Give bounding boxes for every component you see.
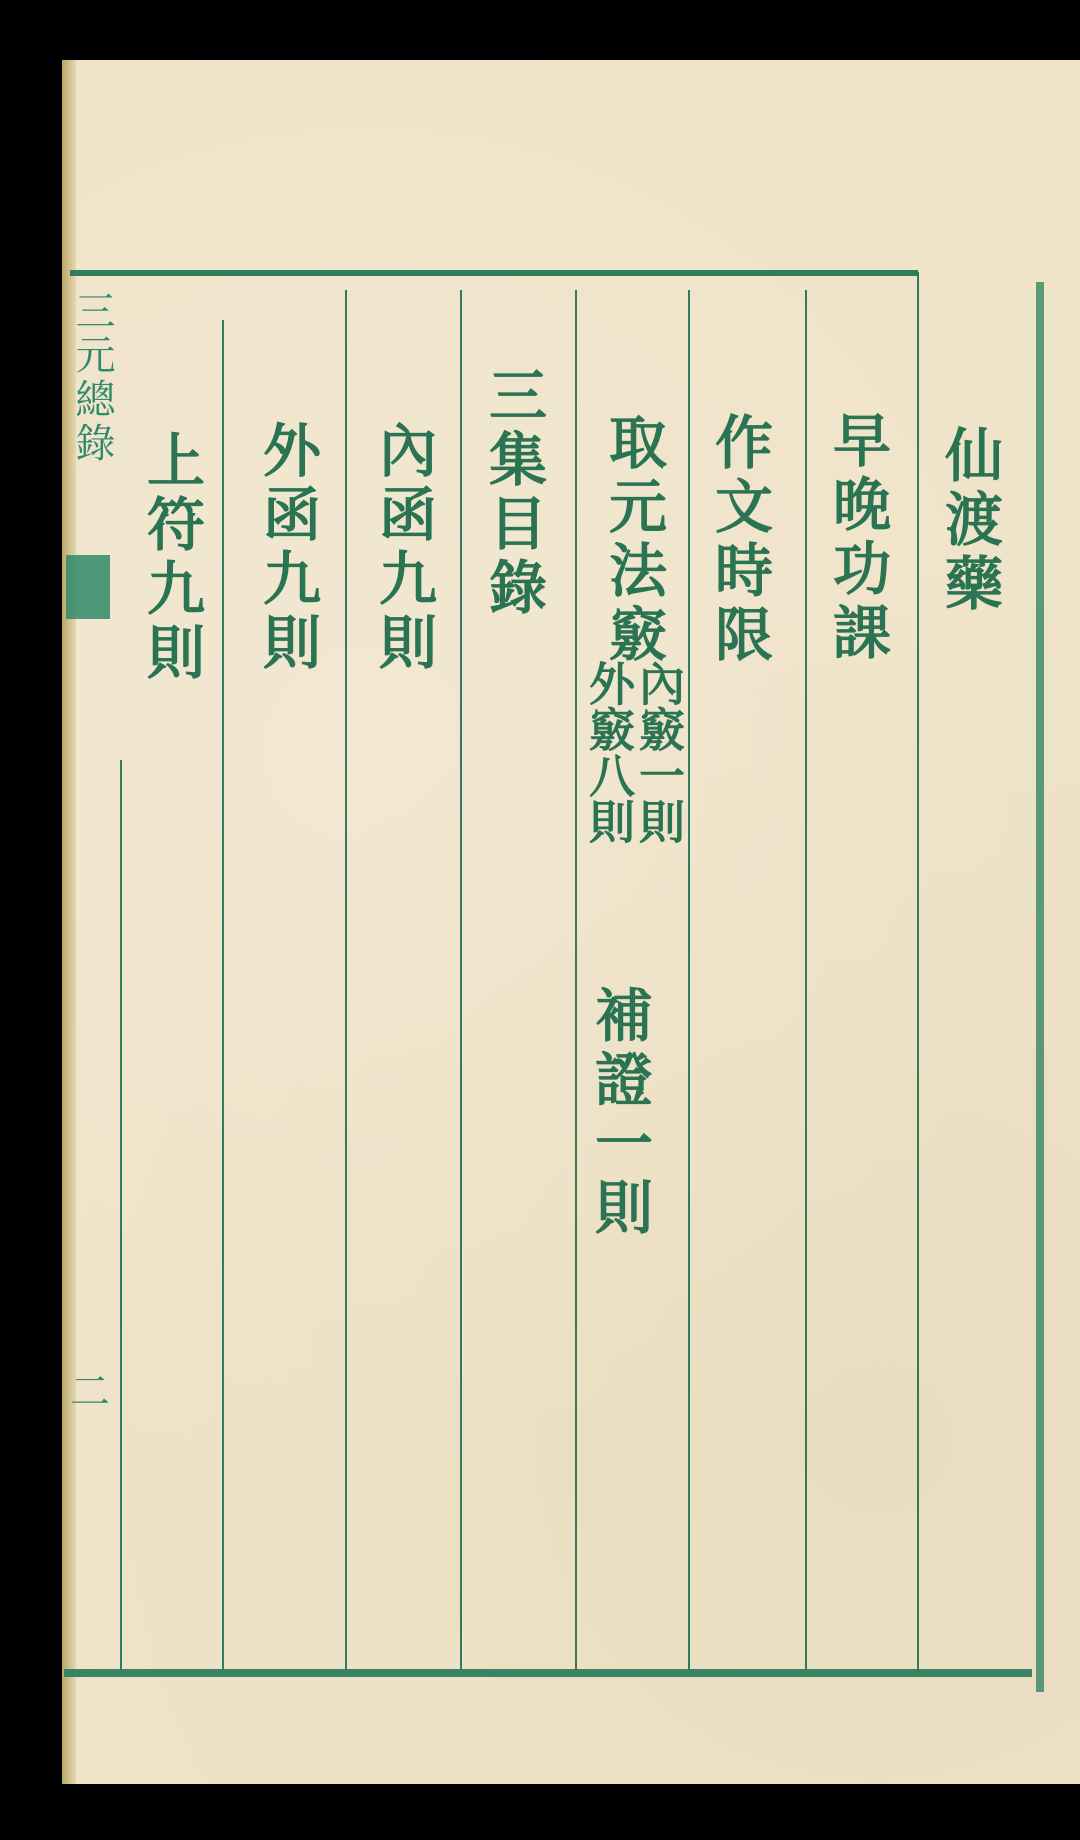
book-page — [62, 60, 1080, 1784]
column-rule — [345, 290, 347, 1670]
section-heading: 三集目錄 — [484, 365, 542, 621]
toc-annotation: 內竅一則 — [636, 660, 682, 844]
toc-entry: 內函九則 — [374, 420, 432, 676]
frame-border-bottom — [64, 1669, 1032, 1677]
margin-title: 三元總錄 — [64, 290, 121, 466]
frame-border-top — [70, 270, 918, 276]
column-rule — [460, 290, 462, 1670]
frame-border-right — [1036, 282, 1044, 1692]
toc-annotation: 補證一則 — [590, 985, 648, 1241]
column-rule — [805, 290, 807, 1670]
toc-annotation: 外竅八則 — [586, 660, 632, 844]
folio-number: 二 — [70, 1360, 110, 1417]
toc-entry: 早晚功課 — [828, 410, 886, 666]
column-rule — [575, 290, 577, 1670]
fishtail-marker — [66, 555, 110, 619]
column-rule — [222, 320, 224, 1670]
column-rule — [120, 760, 122, 1670]
toc-entry: 作文時限 — [710, 412, 768, 668]
toc-entry: 外函九則 — [258, 420, 316, 676]
column-rule — [917, 272, 919, 1672]
column-rule — [688, 290, 690, 1670]
toc-entry: 仙渡藥 — [940, 425, 998, 617]
toc-entry: 取元法竅 — [604, 412, 662, 668]
toc-entry: 上符九則 — [142, 430, 200, 686]
